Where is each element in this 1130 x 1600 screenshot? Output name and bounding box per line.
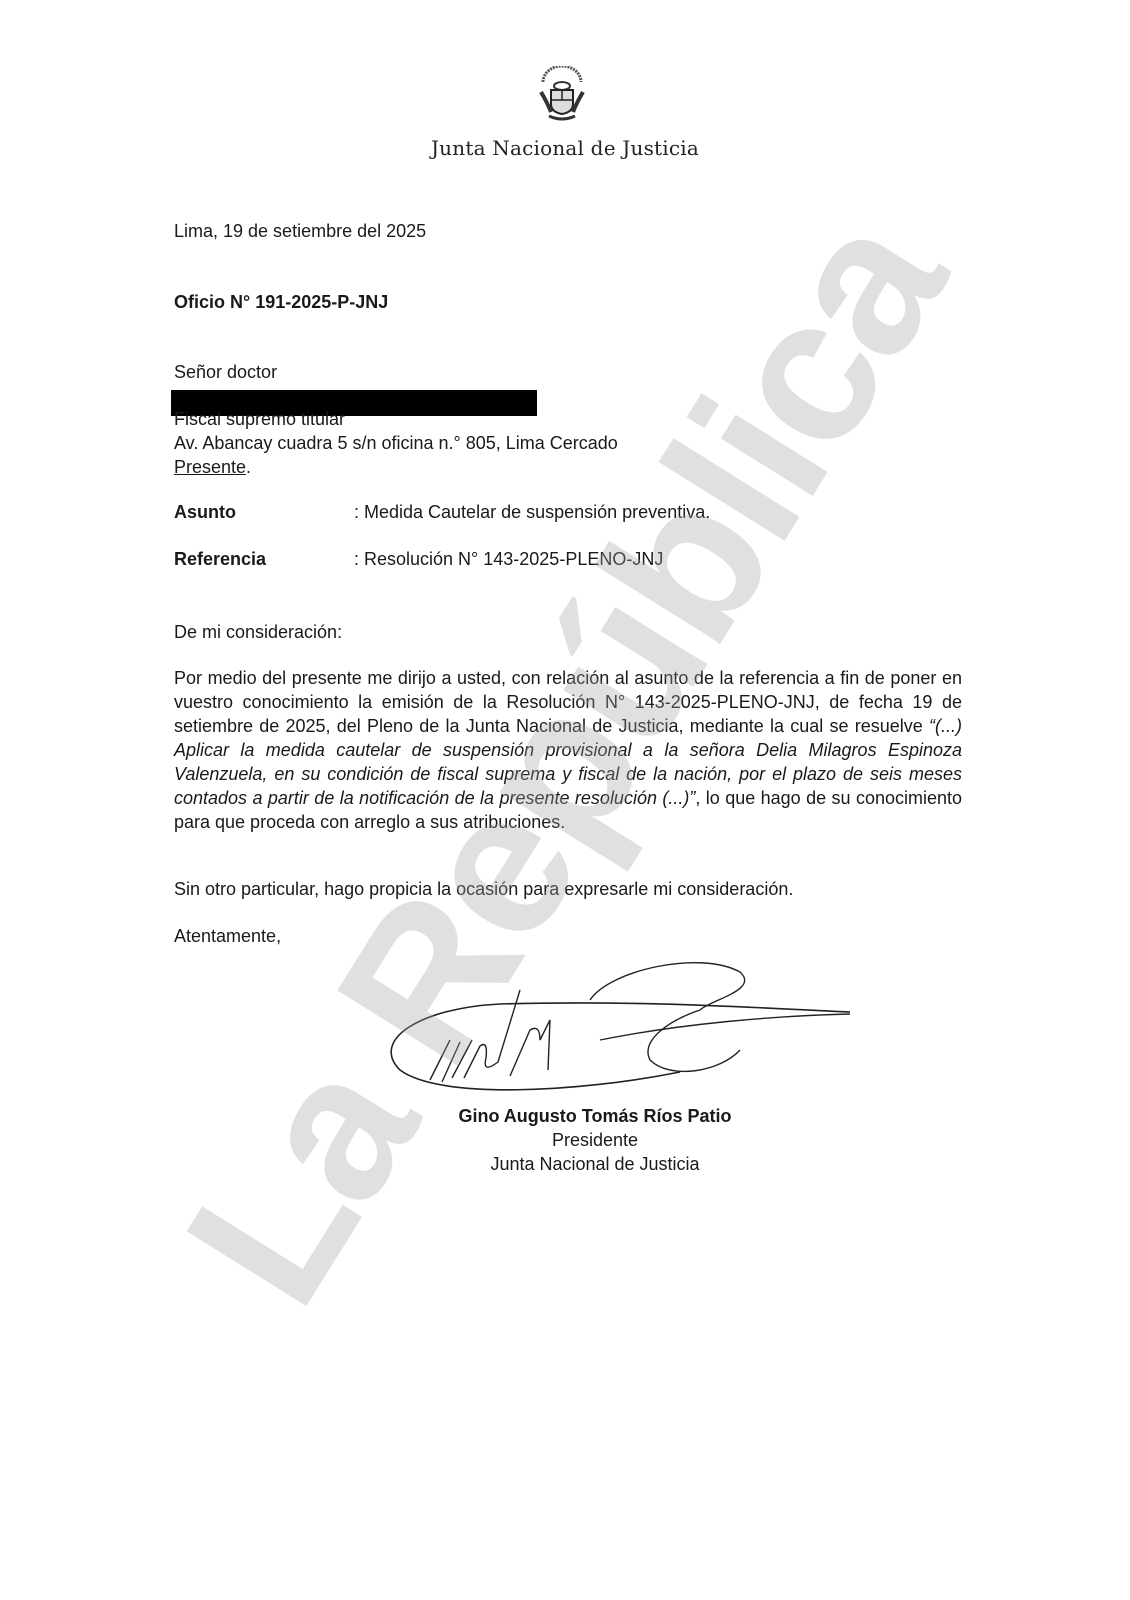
- recipient-salutation: Señor doctor: [174, 360, 277, 384]
- signatory-institution: Junta Nacional de Justicia: [360, 1152, 830, 1176]
- recipient-title: Fiscal supremo titular: [174, 407, 345, 431]
- recipient-address: Av. Abancay cuadra 5 s/n oficina n.° 805…: [174, 431, 618, 455]
- presente-period: .: [246, 457, 251, 477]
- institution-title: Junta Nacional de Justicia: [0, 136, 1130, 160]
- asunto-value: : Medida Cautelar de suspensión preventi…: [354, 502, 710, 523]
- body-text-part1: Por medio del presente me dirijo a usted…: [174, 668, 962, 736]
- presente-line: Presente.: [174, 455, 251, 479]
- referencia-label: Referencia: [174, 549, 266, 570]
- valediction: Atentamente,: [174, 924, 281, 948]
- asunto-label: Asunto: [174, 502, 236, 523]
- signatory-position: Presidente: [360, 1128, 830, 1152]
- oficio-number: Oficio N° 191-2025-P-JNJ: [174, 290, 388, 314]
- greeting: De mi consideración:: [174, 620, 342, 644]
- date-line: Lima, 19 de setiembre del 2025: [174, 219, 426, 243]
- closing-sentence: Sin otro particular, hago propicia la oc…: [174, 877, 793, 901]
- signature-block: Gino Augusto Tomás Ríos Patio Presidente…: [360, 1104, 830, 1176]
- body-paragraph: Por medio del presente me dirijo a usted…: [174, 666, 962, 834]
- referencia-value: : Resolución N° 143-2025-PLENO-JNJ: [354, 549, 663, 570]
- handwritten-signature: [380, 960, 880, 1110]
- presente-text: Presente: [174, 457, 246, 477]
- peru-coat-of-arms-icon: [537, 66, 587, 122]
- signatory-name: Gino Augusto Tomás Ríos Patio: [360, 1104, 830, 1128]
- letter-page: Junta Nacional de Justicia Lima, 19 de s…: [0, 0, 1130, 1600]
